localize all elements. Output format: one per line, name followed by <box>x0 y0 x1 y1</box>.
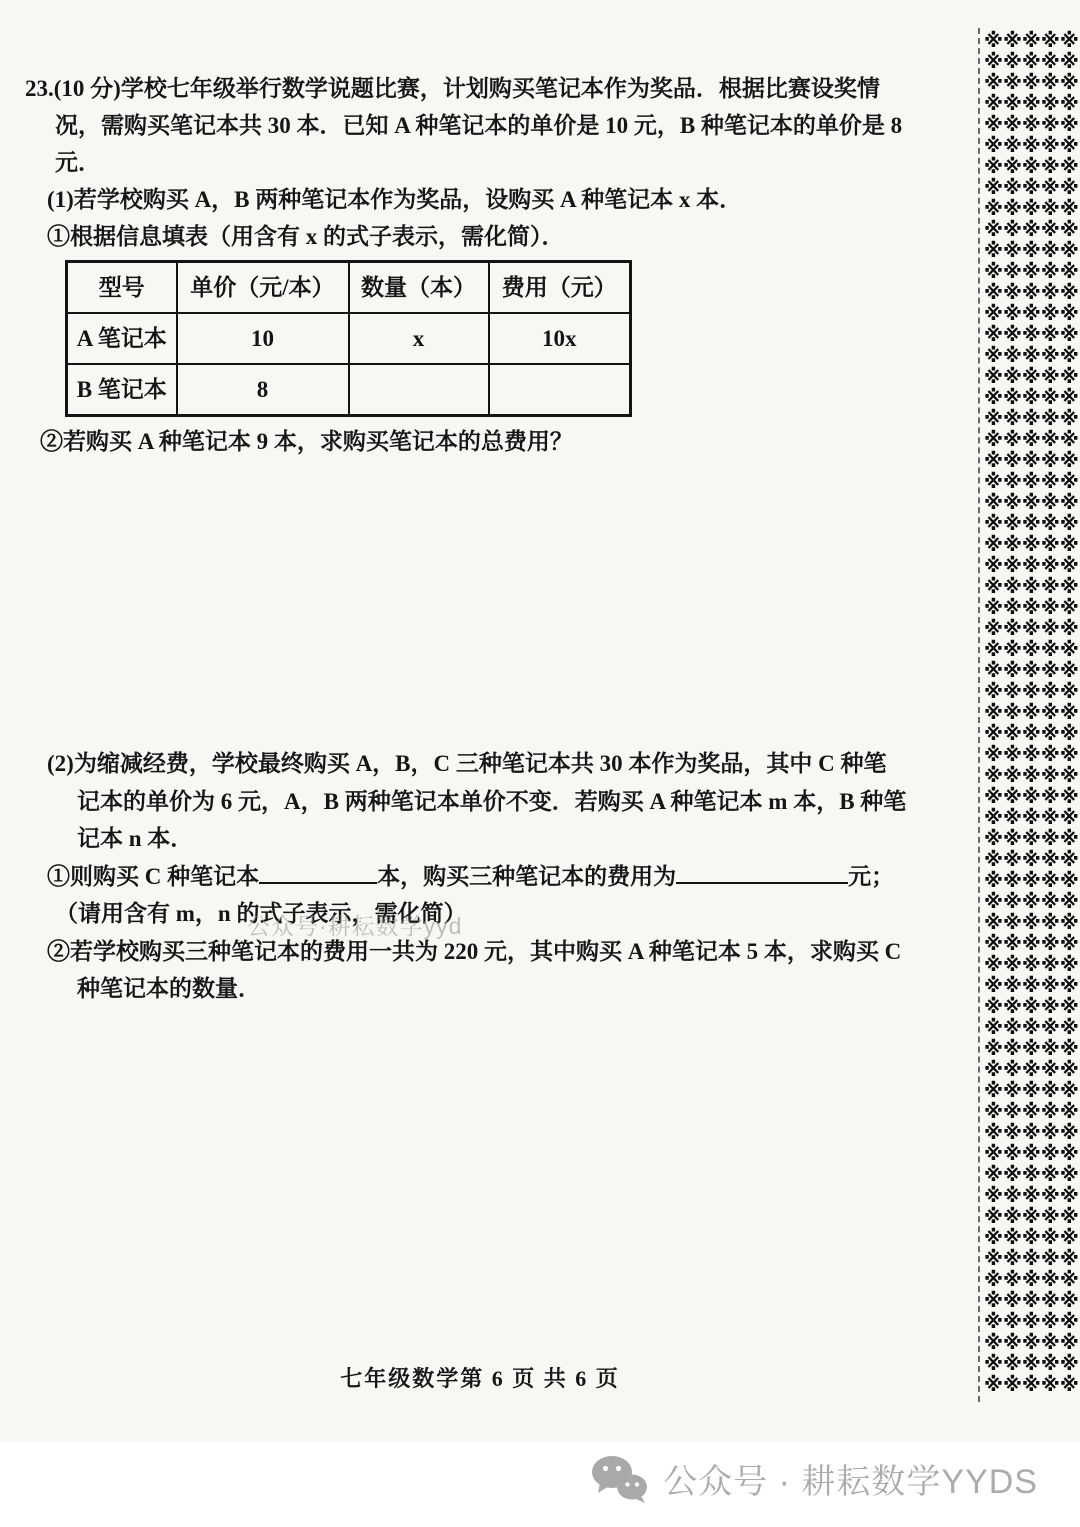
part2-sub1-before: ①则购买 C 种笔记本 <box>47 864 259 889</box>
table-cell-model-b: B 笔记本 <box>67 364 177 416</box>
table-header-cost: 费用（元） <box>489 262 631 314</box>
watermark-text: 公众号·耕耘数学yyd <box>247 908 462 941</box>
part2-block: (2)为缩减经费，学校最终购买 A，B，C 三种笔记本共 30 本作为奖品，其中… <box>25 745 935 1008</box>
bottom-white-band: 公众号 · 耕耘数学YYDS <box>0 1442 1080 1527</box>
table-header-qty: 数量（本） <box>349 262 489 314</box>
table-cell-qty-a: x <box>349 313 489 364</box>
part2-line-3: 记本 n 本． <box>25 820 935 858</box>
table-cell-qty-b <box>349 364 489 416</box>
page-footer: 七年级数学第 6 页 共 6 页 <box>25 1362 935 1393</box>
table-cell-price-b: 8 <box>177 364 349 416</box>
fill-in-table: 型号 单价（元/本） 数量（本） 费用（元） A 笔记本 10 x 10x B … <box>65 260 632 417</box>
table-row-a: A 笔记本 10 x 10x <box>67 313 631 364</box>
table-header-row: 型号 单价（元/本） 数量（本） 费用（元） <box>67 262 631 314</box>
branding: 公众号 · 耕耘数学YYDS <box>591 1454 1038 1503</box>
question-23-block: 23.(10 分)学校七年级举行数学说题比赛，计划购买笔记本作为奖品．根据比赛设… <box>25 70 935 460</box>
table-row-b: B 笔记本 8 <box>67 364 631 416</box>
part2-sub1: ①则购买 C 种笔记本本，购买三种笔记本的费用为元； <box>25 858 935 896</box>
part2-line-1: (2)为缩减经费，学校最终购买 A，B，C 三种笔记本共 30 本作为奖品，其中… <box>25 745 935 783</box>
part2-sub1-mid: 本，购买三种笔记本的费用为 <box>377 864 676 889</box>
table-header-price: 单价（元/本） <box>177 262 349 314</box>
table-cell-model-a: A 笔记本 <box>67 313 177 364</box>
dashed-fold-line <box>978 28 980 1402</box>
part2-sub2-line-1: ②若学校购买三种笔记本的费用一共为 220 元，其中购买 A 种笔记本 5 本，… <box>25 933 935 971</box>
question-line-2: 况，需购买笔记本共 30 本．已知 A 种笔记本的单价是 10 元，B 种笔记本… <box>25 107 935 144</box>
wechat-icon <box>591 1455 649 1503</box>
table-header-model: 型号 <box>67 262 177 314</box>
branding-text: 公众号 · 耕耘数学YYDS <box>663 1454 1038 1503</box>
part2-sub1-note: （请用含有 m，n 的式子表示，需化简） <box>25 895 935 933</box>
question-line-1: 23.(10 分)学校七年级举行数学说题比赛，计划购买笔记本作为奖品．根据比赛设… <box>25 70 935 107</box>
part2-sub2-line-2: 种笔记本的数量． <box>25 970 935 1008</box>
question-line-3: 元． <box>25 144 935 181</box>
table-cell-price-a: 10 <box>177 313 349 364</box>
answer-blank-total-cost <box>676 878 848 884</box>
side-column: ※※※※※ ※※※※※ ※※※※※ ※※※※※ ※※※※※ ※※※※※ ※※※※… <box>984 30 1080 1400</box>
table-cell-cost-b <box>489 364 631 416</box>
part1-intro: (1)若学校购买 A，B 两种笔记本作为奖品，设购买 A 种笔记本 x 本． <box>25 181 935 218</box>
part2-sub1-end: 元； <box>848 864 894 889</box>
answer-blank-c-count <box>259 878 377 884</box>
part2-line-2: 记本的单价为 6 元，A，B 两种笔记本单价不变．若购买 A 种笔记本 m 本，… <box>25 783 935 821</box>
part1-sub1: ①根据信息填表（用含有 x 的式子表示，需化简）． <box>25 218 935 255</box>
part1-sub2: ②若购买 A 种笔记本 9 本，求购买笔记本的总费用？ <box>25 423 935 460</box>
table-cell-cost-a: 10x <box>489 313 631 364</box>
